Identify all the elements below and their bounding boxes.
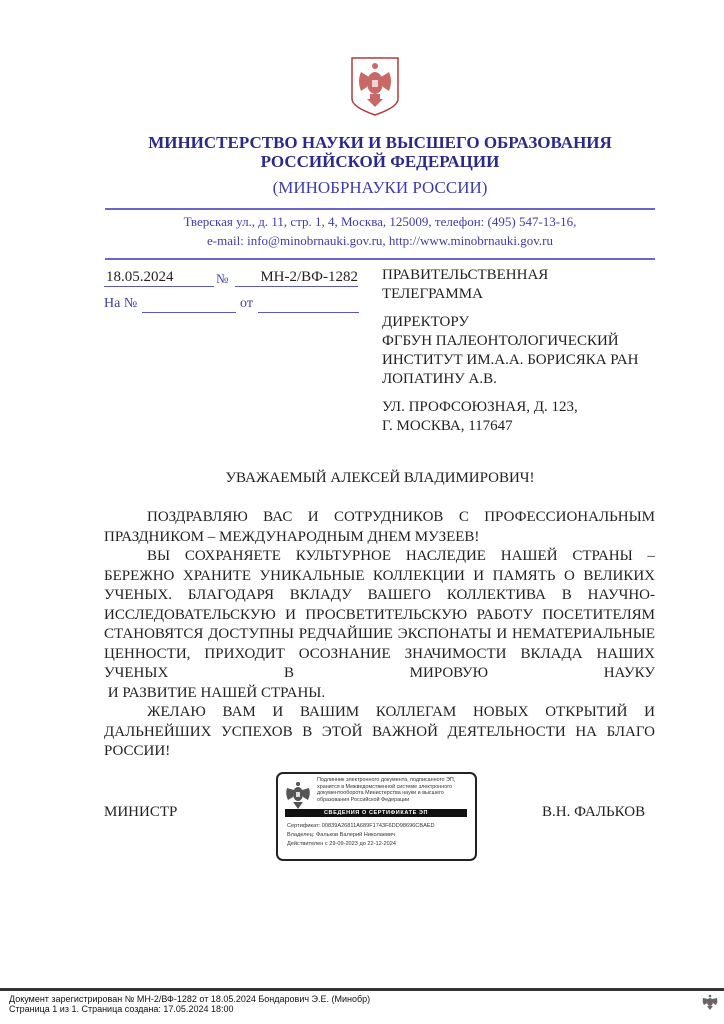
- signer-name: В.Н. ФАЛЬКОВ: [542, 804, 645, 821]
- footer-divider: [0, 988, 724, 991]
- coat-of-arms-icon: [284, 779, 312, 811]
- recipient-block: ПРАВИТЕЛЬСТВЕННАЯ ТЕЛЕГРАММА ДИРЕКТОРУ Ф…: [382, 266, 672, 445]
- recipient-address: УЛ. ПРОФСОЮЗНАЯ, Д. 123, Г. МОСКВА, 1176…: [382, 398, 672, 436]
- reference-date-label: от: [240, 296, 253, 312]
- stamp-notice: Подлинник электронного документа, подпис…: [317, 777, 473, 803]
- document-type-line2: ТЕЛЕГРАММА: [382, 286, 483, 302]
- registration-number-label: №: [216, 271, 228, 287]
- reference-number-field: [142, 312, 236, 313]
- coat-of-arms-icon: [702, 993, 718, 1011]
- reference-number-label: На №: [104, 296, 137, 312]
- ministry-title-line2: РОССИЙСКОЙ ФЕДЕРАЦИИ: [100, 152, 660, 171]
- footer-registration-info: Документ зарегистрирован № МН-2/ВФ-1282 …: [9, 994, 370, 1014]
- document-type-line1: ПРАВИТЕЛЬСТВЕННАЯ: [382, 267, 548, 283]
- certificate-validity: Действителен с 29-09-2023 до 22-12-2024: [287, 840, 435, 849]
- addressee-line4: ЛОПАТИНУ А.В.: [382, 371, 497, 387]
- reference-date-field: [258, 312, 359, 313]
- paragraph: ЖЕЛАЮ ВАМ И ВАШИМ КОЛЛЕГАМ НОВЫХ ОТКРЫТИ…: [104, 703, 655, 762]
- recipient-address-line2: Г. МОСКВА, 117647: [382, 418, 513, 434]
- ministry-title: МИНИСТЕРСТВО НАУКИ И ВЫСШЕГО ОБРАЗОВАНИЯ…: [100, 133, 660, 171]
- stamp-certificate-header: СВЕДЕНИЯ О СЕРТИФИКАТЕ ЭП: [285, 809, 467, 817]
- ministry-title-line1: МИНИСТЕРСТВО НАУКИ И ВЫСШЕГО ОБРАЗОВАНИЯ: [100, 133, 660, 152]
- addressee-line3: ИНСТИТУТ ИМ.А.А. БОРИСЯКА РАН: [382, 352, 638, 368]
- coat-of-arms-icon: [349, 55, 401, 117]
- paragraph: ПОЗДРАВЛЯЮ ВАС И СОТРУДНИКОВ С ПРОФЕССИО…: [104, 508, 655, 547]
- ministry-short-name: (МИНОБРНАУКИ РОССИИ): [100, 178, 660, 198]
- registration-date: 18.05.2024: [104, 268, 214, 287]
- addressee: ДИРЕКТОРУ ФГБУН ПАЛЕОНТОЛОГИЧЕСКИЙ ИНСТИ…: [382, 313, 672, 389]
- certificate-owner: Владелец: Фальков Валерий Николаевич: [287, 831, 435, 840]
- recipient-address-line1: УЛ. ПРОФСОЮЗНАЯ, Д. 123,: [382, 399, 578, 415]
- address-line2: e-mail: info@minobrnauki.gov.ru, http://…: [100, 231, 660, 250]
- document-type: ПРАВИТЕЛЬСТВЕННАЯ ТЕЛЕГРАММА: [382, 266, 672, 304]
- signer-title: МИНИСТР: [104, 804, 177, 821]
- header-divider-top: [105, 208, 655, 210]
- paragraph: И РАЗВИТИЕ НАШЕЙ СТРАНЫ.: [104, 684, 655, 704]
- certificate-serial: Сертификат: 00839A26811A689F1743F6DD9869…: [287, 822, 435, 831]
- ministry-address: Тверская ул., д. 11, стр. 1, 4, Москва, …: [100, 212, 660, 250]
- address-line1: Тверская ул., д. 11, стр. 1, 4, Москва, …: [100, 212, 660, 231]
- addressee-line2: ФГБУН ПАЛЕОНТОЛОГИЧЕСКИЙ: [382, 333, 619, 349]
- footer-line1: Документ зарегистрирован № МН-2/ВФ-1282 …: [9, 994, 370, 1004]
- letter-body: ПОЗДРАВЛЯЮ ВАС И СОТРУДНИКОВ С ПРОФЕССИО…: [104, 508, 655, 762]
- registration-number: МН-2/ВФ-1282: [235, 268, 358, 287]
- stamp-certificate-details: Сертификат: 00839A26811A689F1743F6DD9869…: [287, 822, 435, 849]
- footer-line2: Страница 1 из 1. Страница создана: 17.05…: [9, 1004, 370, 1014]
- electronic-signature-stamp: Подлинник электронного документа, подпис…: [276, 772, 477, 861]
- header-divider-bottom: [105, 258, 655, 260]
- addressee-line1: ДИРЕКТОРУ: [382, 314, 469, 330]
- salutation: УВАЖАЕМЫЙ АЛЕКСЕЙ ВЛАДИМИРОВИЧ!: [100, 470, 660, 487]
- paragraph: ВЫ СОХРАНЯЕТЕ КУЛЬТУРНОЕ НАСЛЕДИЕ НАШЕЙ …: [104, 547, 655, 684]
